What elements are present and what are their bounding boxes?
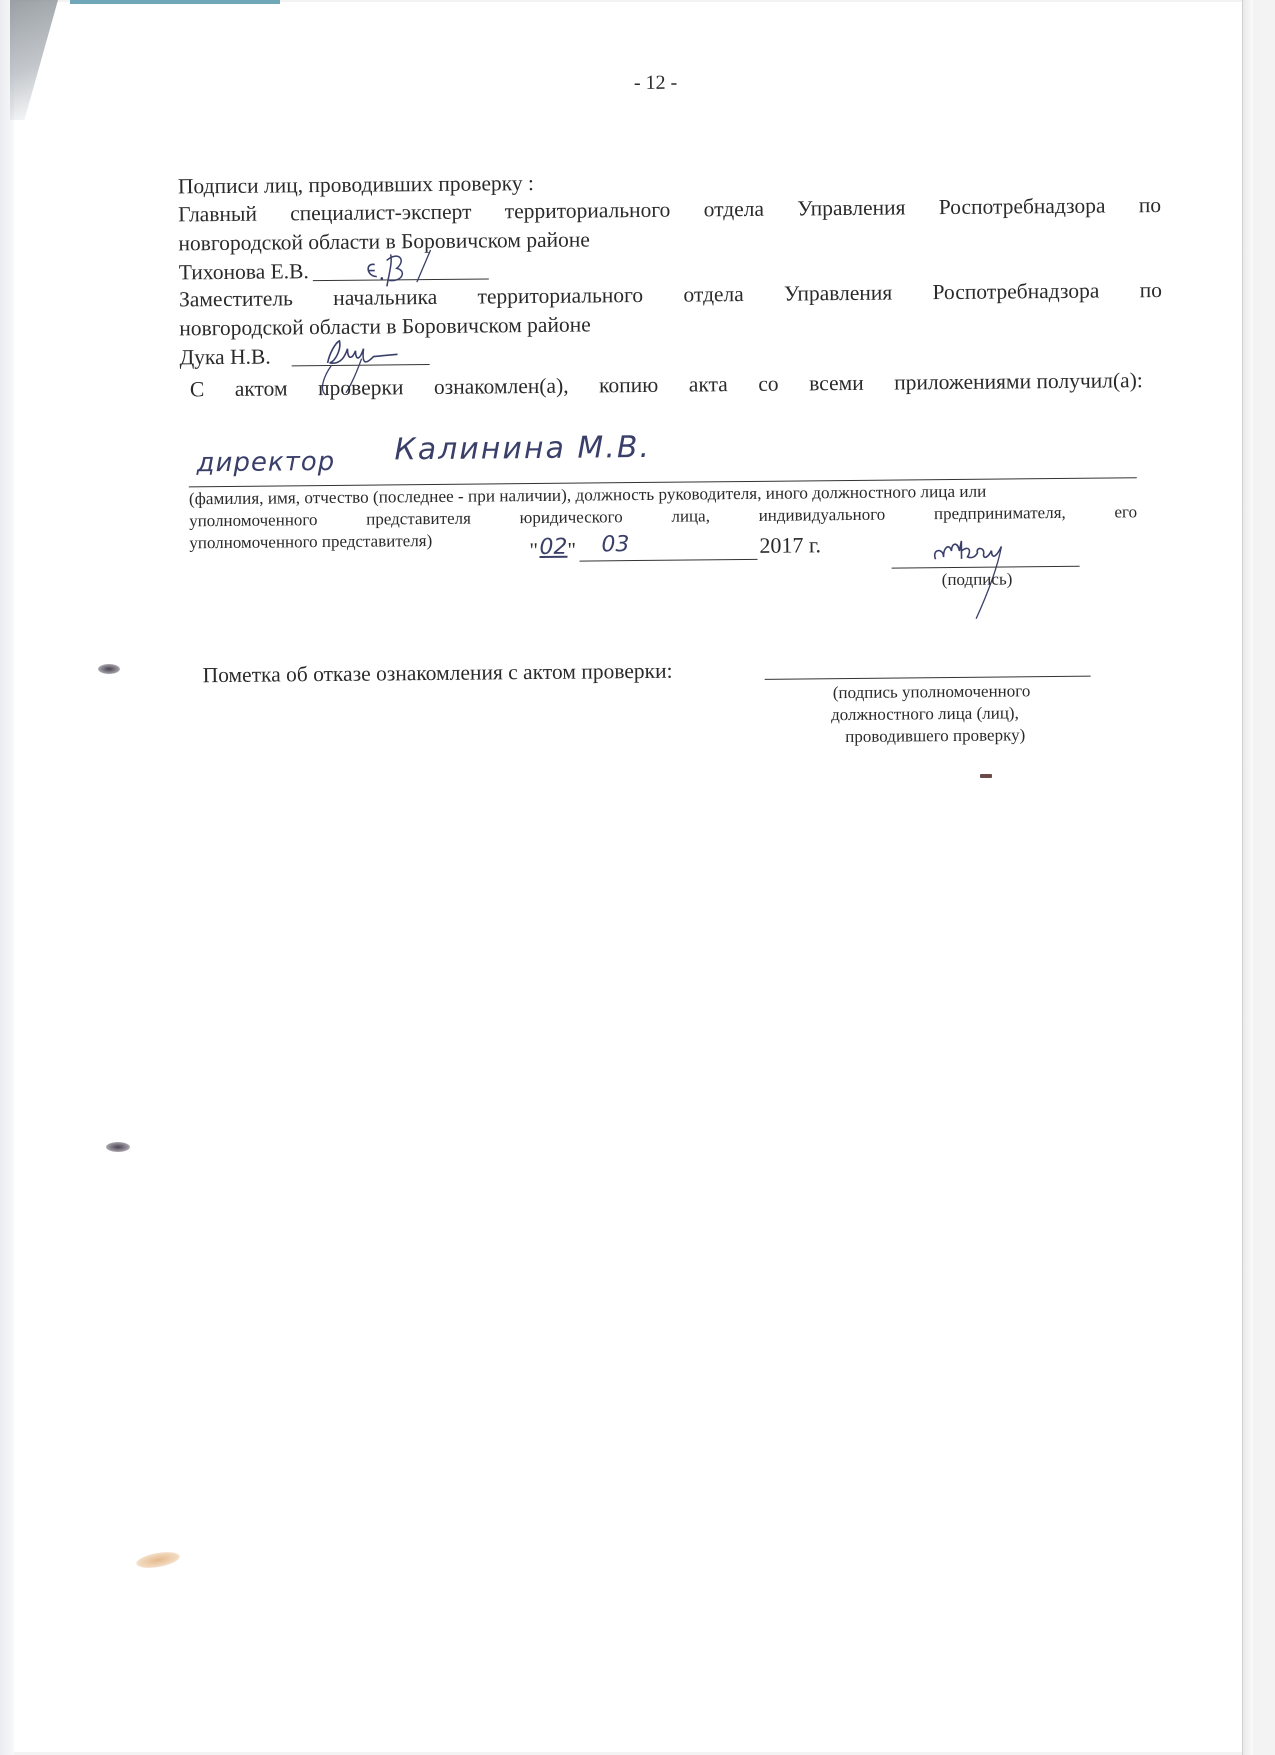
acknowledgement-text: С актом проверки ознакомлен(а), копию ак… xyxy=(190,367,1143,402)
date-month-line xyxy=(580,559,758,562)
refusal-label: Пометка об отказе ознакомления с актом п… xyxy=(202,658,672,689)
word: акта xyxy=(689,371,728,397)
signature-stroke-icon xyxy=(364,243,365,244)
word: территориального xyxy=(505,197,671,225)
date-year: 2017 г. xyxy=(759,532,821,559)
word: ознакомлен(а), xyxy=(434,373,569,400)
word: его xyxy=(1114,501,1137,522)
handwritten-position: директор xyxy=(196,447,335,478)
word: приложениями получил(а): xyxy=(894,367,1143,395)
word: индивидуального xyxy=(759,504,886,526)
word: отдела xyxy=(704,196,765,223)
word: С xyxy=(190,376,205,402)
page-number: - 12 - xyxy=(634,70,678,96)
inspector1-position-line2: новгородской области в Боровичском район… xyxy=(178,226,590,256)
inspectors-heading: Подписи лиц, проводивших проверку : xyxy=(178,170,534,199)
word: представителя xyxy=(366,508,471,530)
word: копию xyxy=(599,372,658,399)
signature-stroke-icon xyxy=(931,537,932,538)
refusal-signature-line xyxy=(765,676,1091,680)
date-quote-open: " xyxy=(529,537,538,563)
inspector2-position-line2: новгородской области в Боровичском район… xyxy=(179,311,591,341)
date-month: 03 xyxy=(601,532,629,557)
handwritten-name: Калинина М.В. xyxy=(394,430,651,467)
word: отдела xyxy=(683,281,744,308)
signature-stroke-icon xyxy=(321,335,322,336)
word: юридического xyxy=(520,506,623,528)
word: предпринимателя, xyxy=(934,502,1066,524)
word: по xyxy=(1140,277,1163,303)
word: по xyxy=(1139,192,1162,218)
word: всеми xyxy=(809,370,864,397)
word: Главный xyxy=(178,201,257,228)
word: Заместитель xyxy=(179,285,293,312)
refusal-caption-line1: (подпись уполномоченного xyxy=(833,680,1031,703)
refusal-caption-line3: проводившего проверку) xyxy=(845,724,1025,747)
inspector2-signature-line xyxy=(292,364,430,366)
word: территориального xyxy=(477,282,643,310)
word: Управления xyxy=(784,280,892,307)
word: проверки xyxy=(318,374,404,401)
inspector2-name: Дука Н.В. xyxy=(179,344,270,371)
word: уполномоченного xyxy=(189,509,317,531)
word: со xyxy=(758,371,779,397)
word: Роспотребнадзора xyxy=(939,193,1106,221)
inspector1-name: Тихонова Е.В. xyxy=(179,258,309,285)
recipient-signature-caption: (подпись) xyxy=(942,568,1013,590)
refusal-caption-line2: должностного лица (лиц), xyxy=(831,702,1019,725)
word: Управления xyxy=(797,194,905,221)
recipient-caption-line3: уполномоченного представителя) xyxy=(189,530,432,553)
word: специалист-эксперт xyxy=(290,199,472,227)
inspector1-signature-line xyxy=(313,278,489,281)
date-quote-close: " xyxy=(567,537,576,563)
document-page: - 12 - Подписи лиц, проводивших проверку… xyxy=(0,0,1275,1755)
word: актом xyxy=(235,375,288,402)
word: лица, xyxy=(671,505,710,526)
word: Роспотребнадзора xyxy=(932,278,1099,306)
inspector2-position-line1: Заместитель начальника территориального … xyxy=(179,277,1162,312)
date-day: 02 xyxy=(539,535,567,560)
word: начальника xyxy=(333,284,437,311)
